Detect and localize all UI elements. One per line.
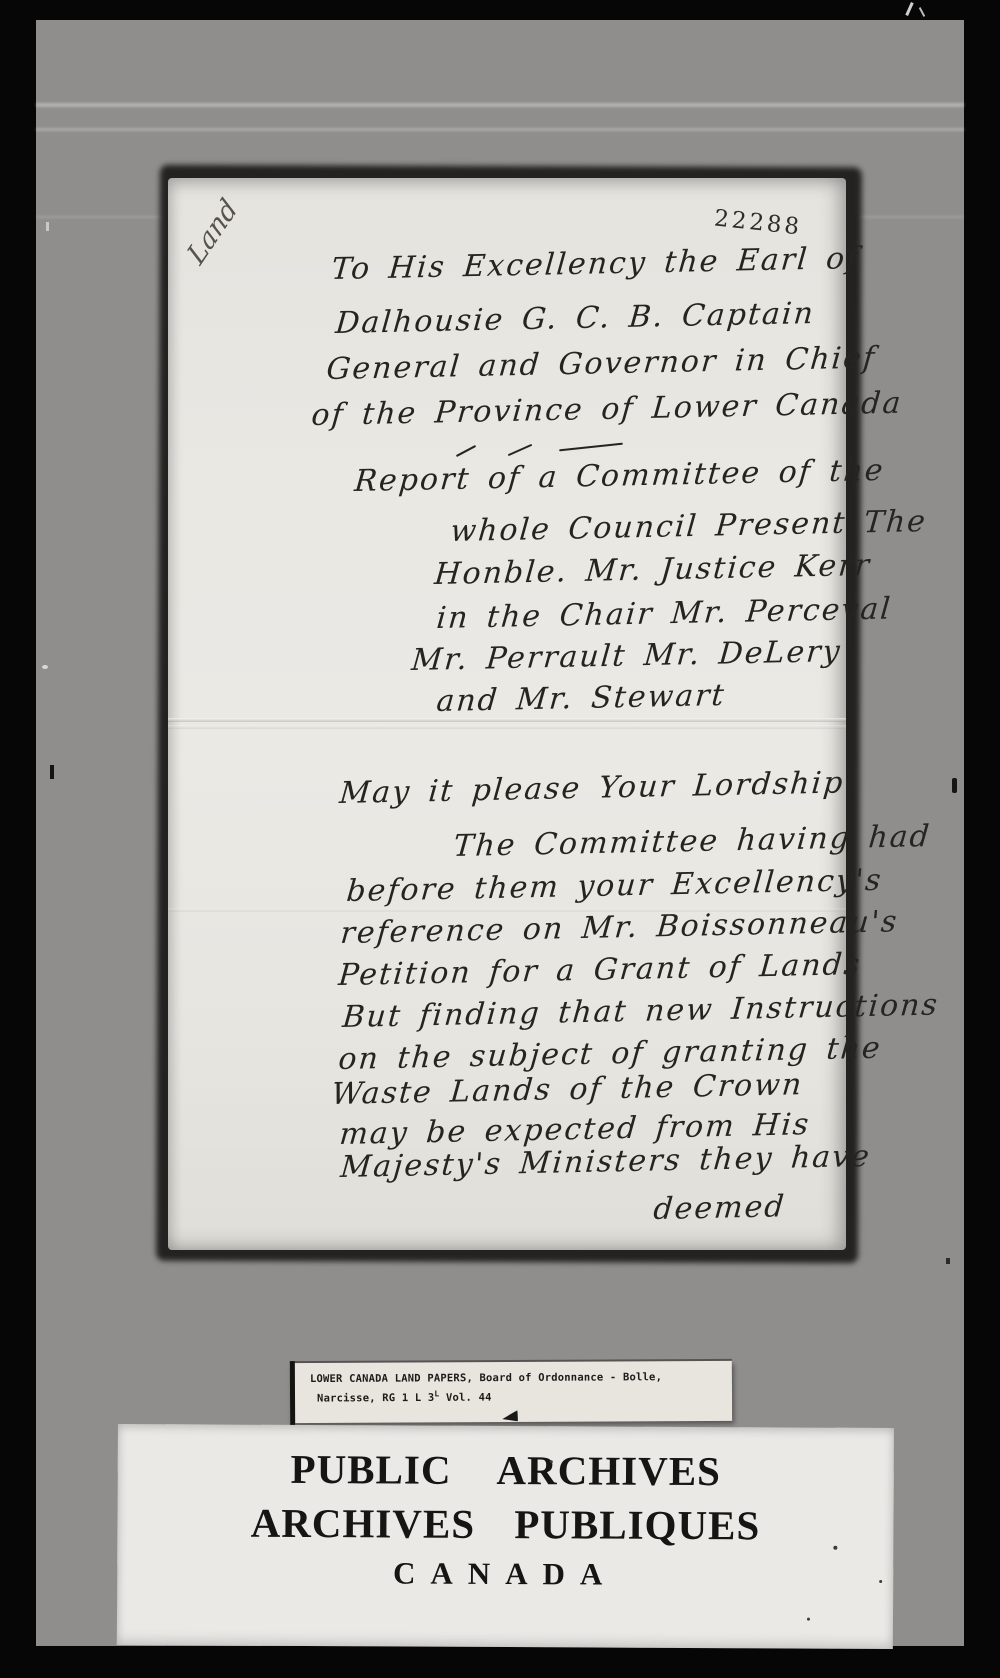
archival-photo-frame: Land 22288 To His Excellency the Earl of… xyxy=(0,0,1000,1678)
page-crease xyxy=(168,718,846,722)
archives-line-en: PUBLIC ARCHIVES xyxy=(118,1444,894,1496)
handwritten-line: in the Chair Mr. Perceval xyxy=(435,591,893,636)
handwritten-line: of the Province of Lower Canada xyxy=(310,386,904,433)
handwritten-line: Petition for a Grant of Lands xyxy=(337,947,863,993)
typed-reference-label: LOWER CANADA LAND PAPERS, Board of Ordon… xyxy=(290,1361,732,1423)
film-speck xyxy=(833,1546,837,1550)
handwritten-line: May it please Your Lordship xyxy=(338,765,846,811)
archives-line-canada: CANADA xyxy=(117,1554,893,1594)
handwritten-line: Report of a Committee of the xyxy=(353,453,886,499)
film-speck xyxy=(807,1618,810,1621)
archives-stamp-band: PUBLIC ARCHIVES ARCHIVES PUBLIQUES CANAD… xyxy=(117,1424,894,1649)
film-speck xyxy=(50,765,54,779)
page-crease xyxy=(168,725,846,729)
handwritten-line: General and Governor in Chief xyxy=(325,340,877,387)
label-line-2: Narcisse, RG 1 L 3L Vol. 44 xyxy=(317,1385,662,1406)
film-speck xyxy=(550,1460,553,1463)
light-streak xyxy=(36,103,964,107)
film-speck xyxy=(42,665,48,669)
handwritten-catchword: deemed xyxy=(652,1189,787,1227)
pencil-annotation: Land xyxy=(182,193,244,271)
film-scratch xyxy=(905,2,913,16)
handwritten-line: To His Excellency the Earl of xyxy=(330,241,861,287)
film-speck xyxy=(952,778,957,793)
page-number-stamp: 22288 xyxy=(713,205,803,240)
handwritten-line: before them your Excellency's xyxy=(345,863,884,909)
film-speck xyxy=(46,222,49,231)
archives-line-fr: ARCHIVES PUBLIQUES xyxy=(117,1498,893,1550)
label-edge-bar xyxy=(290,1361,295,1425)
handwritten-line: and Mr. Stewart xyxy=(435,678,727,719)
manuscript-page: Land 22288 To His Excellency the Earl of… xyxy=(168,178,846,1250)
film-scratch xyxy=(919,7,925,17)
light-streak xyxy=(36,128,964,131)
label-line-1: LOWER CANADA LAND PAPERS, Board of Ordon… xyxy=(310,1370,662,1387)
handwritten-line: Honble. Mr. Justice Kerr xyxy=(433,548,872,592)
handwritten-line: Dalhousie G. C. B. Captain xyxy=(334,296,816,341)
handwritten-line: Mr. Perrault Mr. DeLery xyxy=(410,634,843,678)
film-speck xyxy=(879,1580,882,1583)
film-speck xyxy=(946,1258,950,1264)
